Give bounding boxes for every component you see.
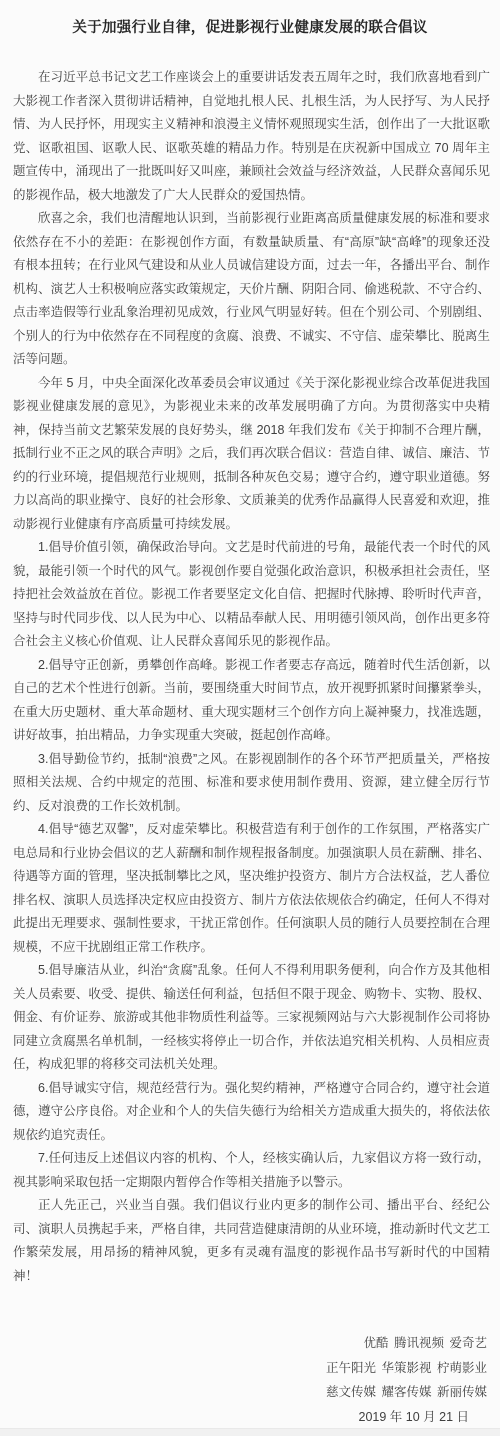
signature-date: 2019 年 10 月 21 日 <box>13 1405 469 1430</box>
document-paragraph: 在习近平总书记文艺工作座谈会上的重要讲话发表五周年之时，我们欣喜地看到广大影视工… <box>13 66 490 207</box>
document-body: 在习近平总书记文艺工作座谈会上的重要讲话发表五周年之时，我们欣喜地看到广大影视工… <box>0 66 500 1288</box>
document-paragraph: 7.任何违反上述倡议内容的机构、个人，经核实确认后，九家倡议方将一致行动，视其影… <box>13 1147 490 1194</box>
document-paragraph: 欣喜之余，我们也清醒地认识到，当前影视行业距离高质量健康发展的标准和要求依然存在… <box>13 207 490 372</box>
document-paragraph: 4.倡导“德艺双馨”，反对虚荣攀比。积极营造有利于创作的工作氛围，严格落实广电总… <box>13 818 490 959</box>
document-paragraph: 1.倡导价值引领，确保政治导向。文艺是时代前进的号角，最能代表一个时代的风貌，最… <box>13 536 490 654</box>
signature-line: 正午阳光 华策影视 柠萌影业 <box>13 1356 487 1381</box>
document-paragraph: 2.倡导守正创新，勇攀创作高峰。影视工作者要志存高远，随着时代生活创新，以自己的… <box>13 654 490 748</box>
signature-line: 优酷 腾讯视频 爱奇艺 <box>13 1331 487 1356</box>
page-bottom-edge <box>0 1428 500 1436</box>
document-paragraph: 5.倡导廉洁从业，纠治“贪腐”乱象。任何人不得利用职务便利，向合作方及其他相关人… <box>13 959 490 1077</box>
signature-line: 慈文传媒 耀客传媒 新丽传媒 <box>13 1380 487 1405</box>
document-title: 关于加强行业自律，促进影视行业健康发展的联合倡议 <box>0 0 500 39</box>
document-paragraph: 6.倡导诚实守信，规范经营行为。强化契约精神，严格遵守合同合约，遵守社会道德，遵… <box>13 1077 490 1148</box>
document-paragraph: 今年 5 月，中央全面深化改革委员会审议通过《关于深化影视业综合改革促进我国影视… <box>13 372 490 537</box>
document-paragraph: 3.倡导勤俭节约，抵制“浪费”之风。在影视剧制作的各个环节严把质量关，严格按照相… <box>13 748 490 819</box>
document-page: 关于加强行业自律，促进影视行业健康发展的联合倡议 在习近平总书记文艺工作座谈会上… <box>0 0 500 1436</box>
signature-block: 优酷 腾讯视频 爱奇艺 正午阳光 华策影视 柠萌影业 慈文传媒 耀客传媒 新丽传… <box>13 1331 487 1429</box>
document-paragraph: 正人先正己，兴业当自强。我们倡议行业内更多的制作公司、播出平台、经纪公司、演职人… <box>13 1194 490 1288</box>
